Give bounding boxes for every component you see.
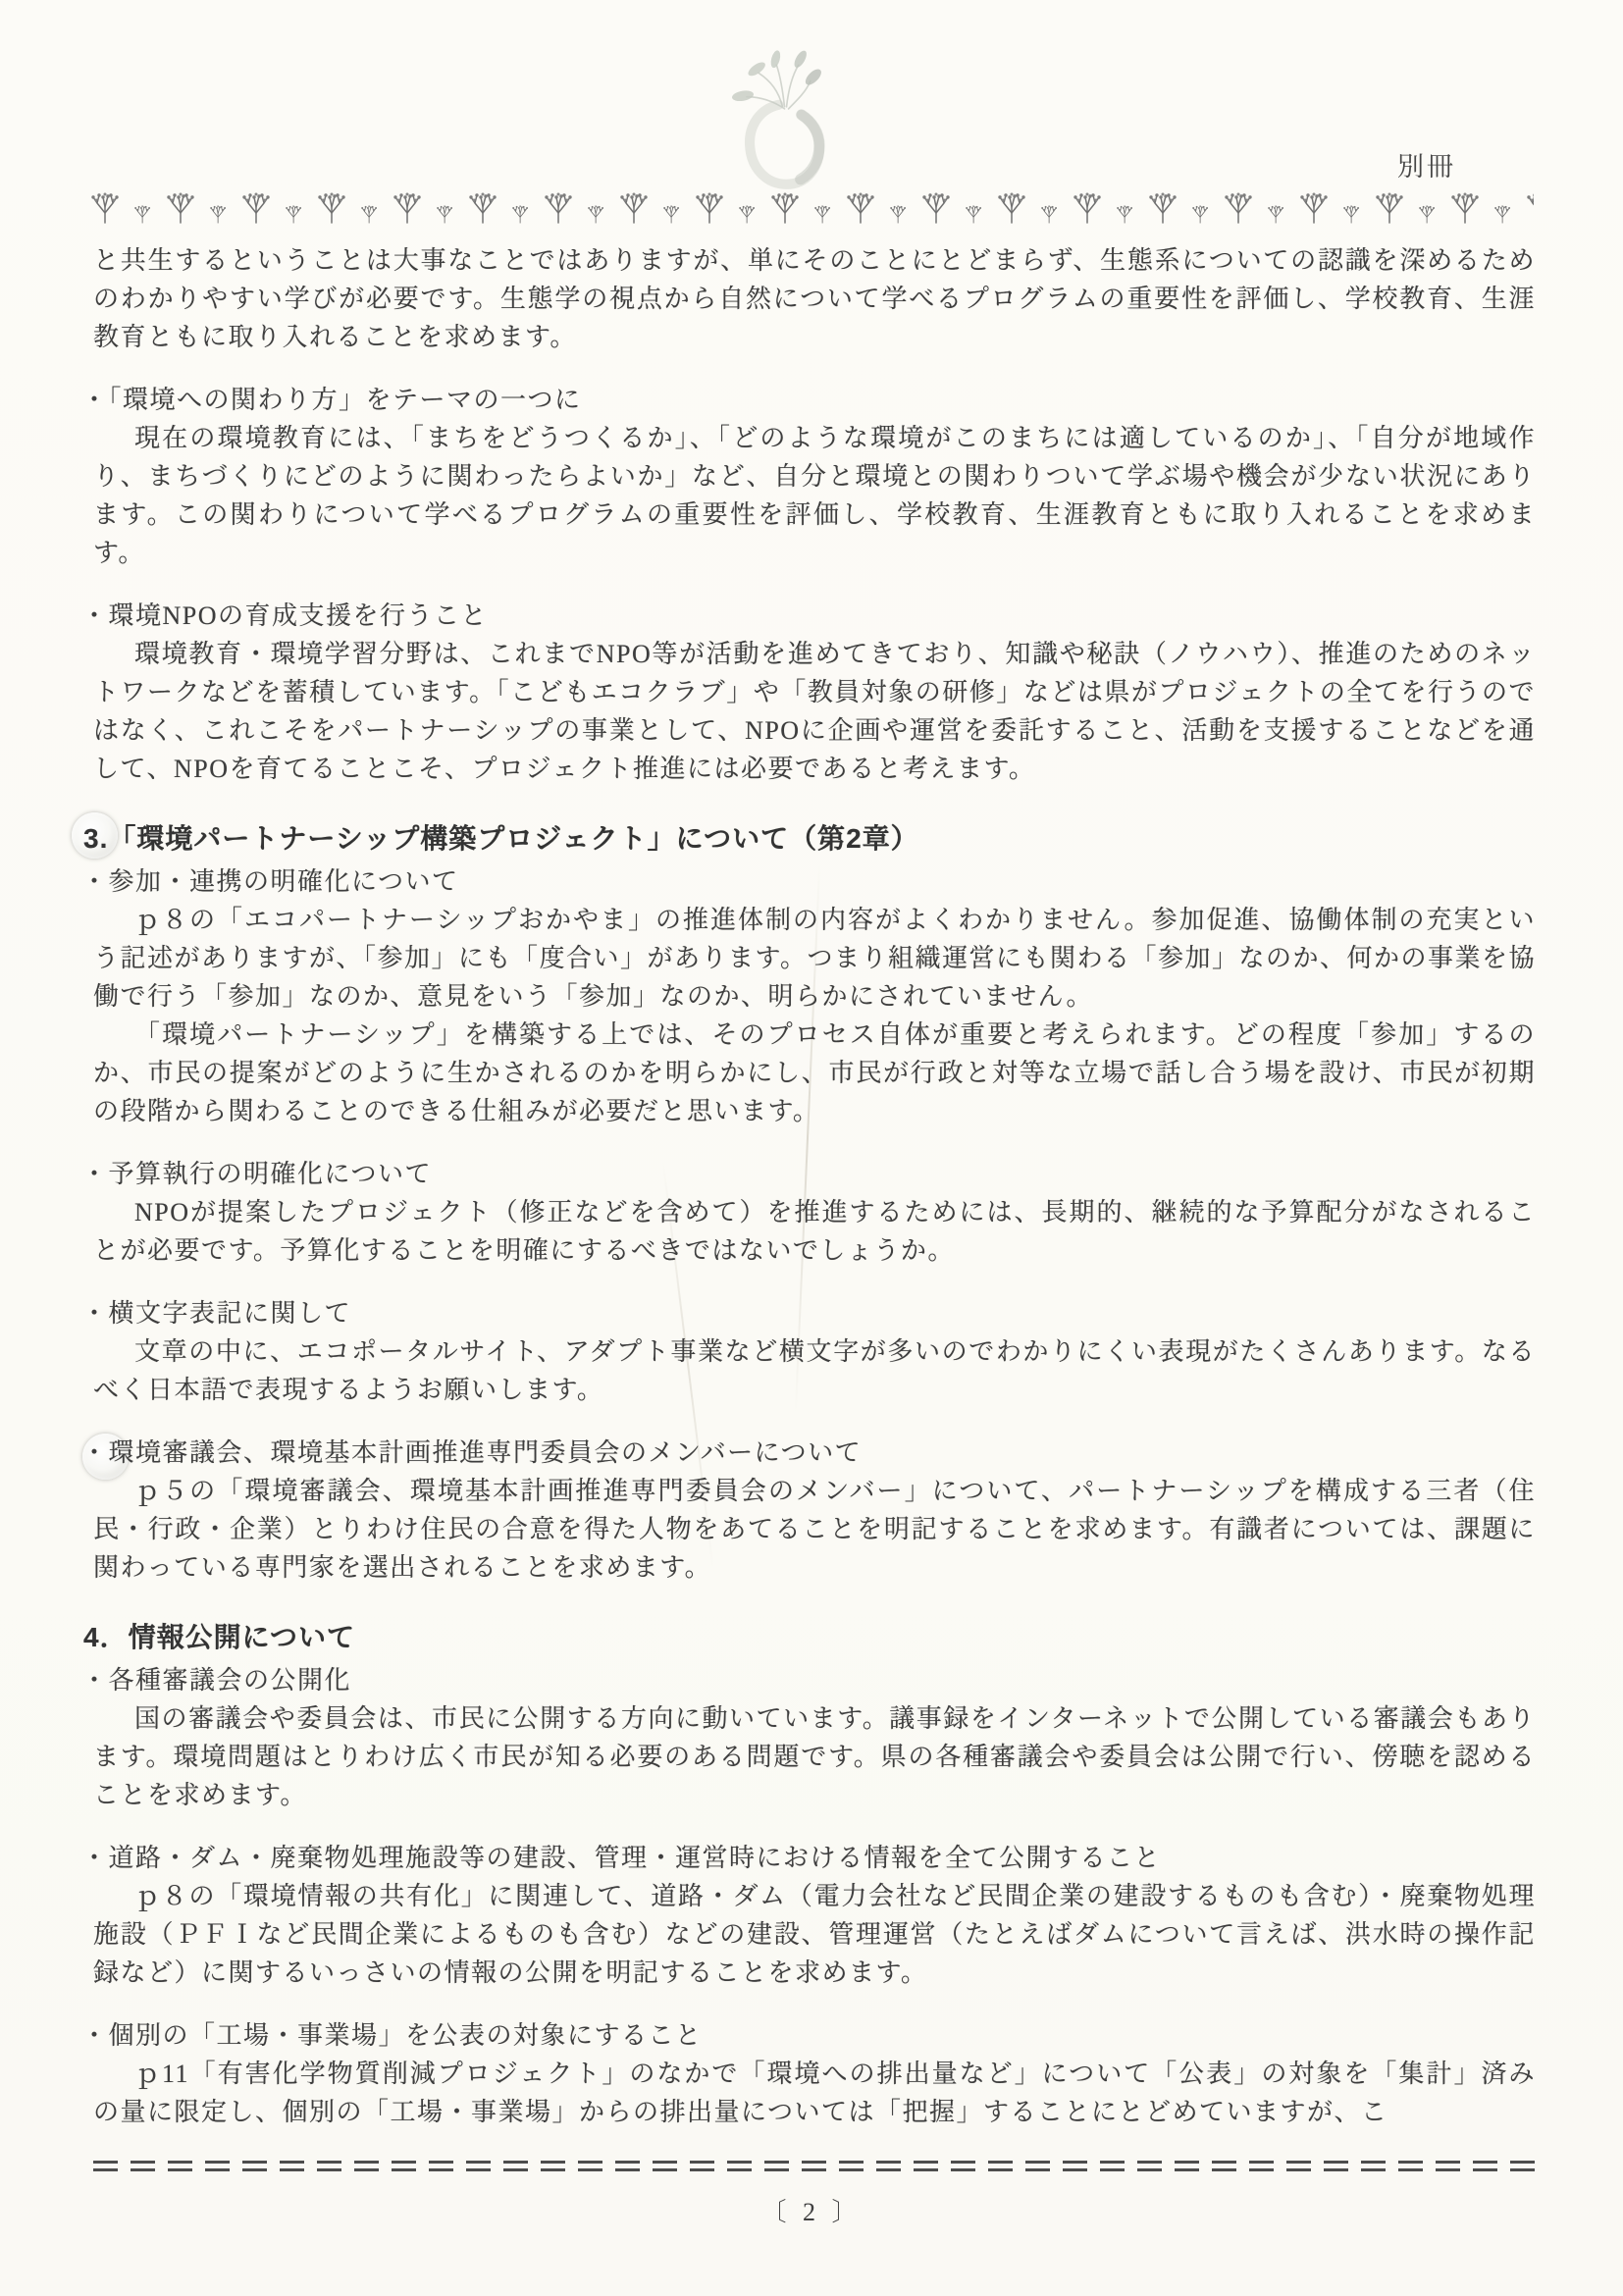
paragraph: 環境教育・環境学習分野は、これまでNPO等が活動を進めてきており、知識や秘訣（ノ… bbox=[93, 635, 1536, 788]
bullet-section-participation-clarification: ・参加・連携の明確化について ｐ８の「エコパートナーシップおかやま」の推進体制の… bbox=[93, 862, 1536, 1130]
bullet-title: ・環境NPOの育成支援を行うこと bbox=[81, 597, 1536, 635]
bullet-title: ・横文字表記に関して bbox=[81, 1294, 1536, 1332]
bullet-title: ・「環境への関わり方」をテーマの一つに bbox=[81, 381, 1536, 419]
scanned-document-page: 別冊 bbox=[0, 0, 1623, 2296]
paragraph: 「環境パートナーシップ」を構築する上では、そのプロセス自体が重要と考えられます。… bbox=[93, 1016, 1536, 1130]
bullet-section-council-members: ・環境審議会、環境基本計画推進専門委員会のメンバーについて ｐ５の「環境審議会、… bbox=[93, 1434, 1536, 1587]
paragraph: NPOが提案したプロジェクト（修正などを含めて）を推進するためには、長期的、継続… bbox=[93, 1193, 1536, 1270]
bullet-section-npo-support: ・環境NPOの育成支援を行うこと 環境教育・環境学習分野は、これまでNPO等が活… bbox=[93, 597, 1536, 788]
bullet-title: ・道路・ダム・廃棄物処理施設等の建設、管理・運営時における情報を全て公開すること bbox=[81, 1839, 1536, 1877]
separator-line bbox=[93, 2168, 1536, 2171]
separator-line bbox=[93, 2161, 1536, 2164]
bullet-title: ・環境審議会、環境基本計画推進専門委員会のメンバーについて bbox=[81, 1434, 1536, 1472]
bullet-title: ・予算執行の明確化について bbox=[81, 1155, 1536, 1193]
continued-paragraph: と共生するということは大事なことではありますが、単にそのことにとどまらず、生態系… bbox=[93, 241, 1536, 356]
bullet-section-relation-to-environment: ・「環境への関わり方」をテーマの一つに 現在の環境教育には、「まちをどうつくるか… bbox=[93, 381, 1536, 572]
leaf-wreath-logo bbox=[692, 39, 873, 198]
paragraph: ｐ８の「エコパートナーシップおかやま」の推進体制の内容がよくわかりません。参加促… bbox=[93, 901, 1536, 1016]
section-heading-partnership-project: 3.「環境パートナーシップ構築プロジェクト」について（第2章） bbox=[83, 819, 1536, 858]
bullet-section-open-councils: ・各種審議会の公開化 国の審議会や委員会は、市民に公開する方向に動いています。議… bbox=[93, 1661, 1536, 1814]
bullet-section-budget-execution: ・予算執行の明確化について NPOが提案したプロジェクト（修正などを含めて）を推… bbox=[93, 1155, 1536, 1270]
section-heading-information-disclosure: 4．情報公開について bbox=[83, 1618, 1536, 1656]
bullet-section-infrastructure-information: ・道路・ダム・廃棄物処理施設等の建設、管理・運営時における情報を全て公開すること… bbox=[93, 1839, 1536, 1992]
bullet-title: ・各種審議会の公開化 bbox=[81, 1661, 1536, 1699]
tree-row-divider bbox=[91, 184, 1534, 226]
page-number: 〔 2 〕 bbox=[0, 2192, 1623, 2228]
doc-label: 別冊 bbox=[1397, 145, 1456, 183]
paragraph: ｐ11「有害化学物質削減プロジェクト」のなかで「環境への排出量など」について「公… bbox=[93, 2055, 1536, 2131]
bullet-title: ・参加・連携の明確化について bbox=[81, 862, 1536, 901]
double-dash-separator bbox=[93, 2161, 1536, 2176]
paragraph: 国の審議会や委員会は、市民に公開する方向に動いています。議事録をインターネットで… bbox=[93, 1699, 1536, 1814]
bullet-title: ・個別の「工場・事業場」を公表の対象にすること bbox=[81, 2016, 1536, 2055]
paragraph: 現在の環境教育には、「まちをどうつくるか」、「どのような環境がこのまちには適して… bbox=[93, 419, 1536, 572]
paragraph: ｐ５の「環境審議会、環境基本計画推進専門委員会のメンバー」について、パートナーシ… bbox=[93, 1472, 1536, 1587]
document-body: と共生するということは大事なことではありますが、単にそのことにとどまらず、生態系… bbox=[93, 241, 1536, 2131]
bullet-section-katakana-terms: ・横文字表記に関して 文章の中に、エコポータルサイト、アダプト事業など横文字が多… bbox=[93, 1294, 1536, 1409]
bullet-section-factory-disclosure: ・個別の「工場・事業場」を公表の対象にすること ｐ11「有害化学物質削減プロジェ… bbox=[93, 2016, 1536, 2131]
paragraph: 文章の中に、エコポータルサイト、アダプト事業など横文字が多いのでわかりにくい表現… bbox=[93, 1332, 1536, 1409]
paragraph: ｐ８の「環境情報の共有化」に関連して、道路・ダム（電力会社など民間企業の建設する… bbox=[93, 1877, 1536, 1992]
